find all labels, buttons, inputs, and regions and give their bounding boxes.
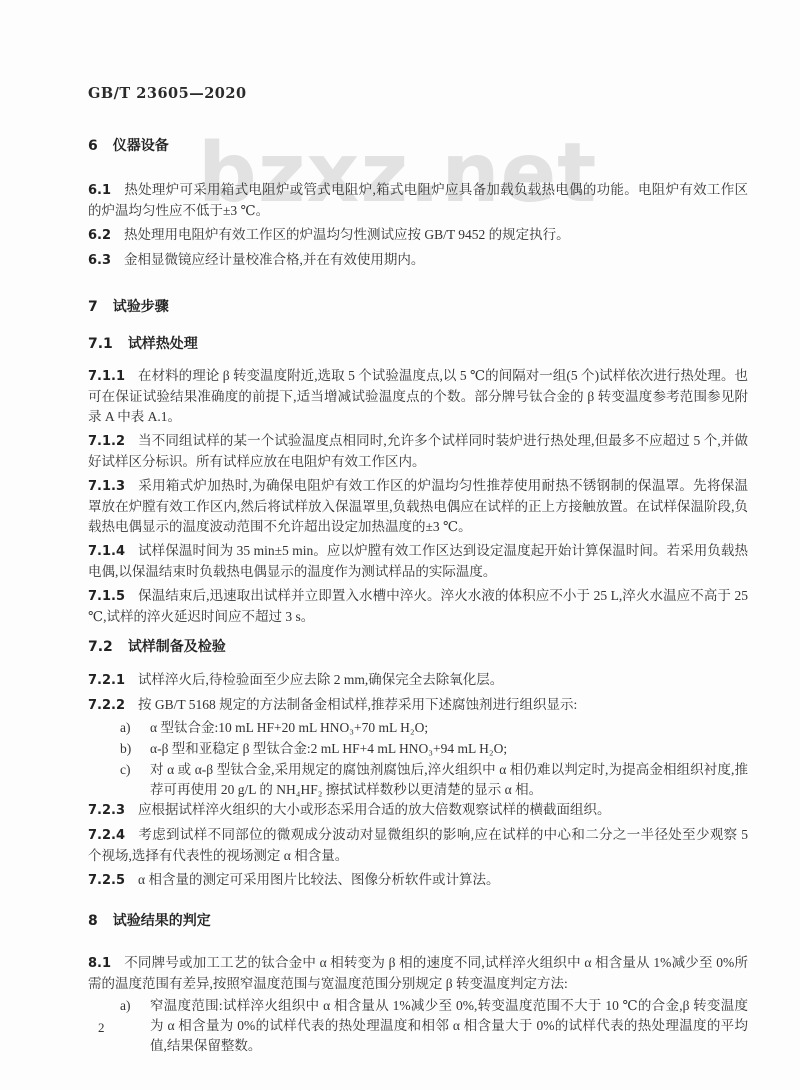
clause-number: 7.1.3 (88, 479, 125, 494)
clause-text: 当不同组试样的某一个试验温度点相同时,允许多个试样同时装炉进行热处理,但最多不应… (88, 433, 748, 469)
standard-number: GB/T 23605—2020 (88, 84, 748, 104)
list-label: b) (120, 739, 150, 759)
section-7-2-title: 试样制备及检验 (128, 639, 226, 655)
clause-text: α 相含量的测定可采用图片比较法、图像分析软件或计算法。 (138, 872, 499, 887)
clause-number: 7.2.3 (88, 803, 125, 818)
document-page: bzxz.net GB/T 23605—2020 6仪器设备 6.1热处理炉可采… (0, 0, 800, 1090)
clause-7-1-2: 7.1.2当不同组试样的某一个试验温度点相同时,允许多个试样同时装炉进行热处理,… (88, 431, 748, 472)
section-6-heading: 6仪器设备 (88, 136, 748, 156)
section-7-title: 试验步骤 (113, 299, 169, 315)
clause-6-3: 6.3金相显微镜应经计量校准合格,并在有效使用期内。 (88, 250, 748, 271)
list-text: 窄温度范围:试样淬火组织中 α 相含量从 1%减少至 0%,转变温度范围不大于 … (150, 996, 748, 1056)
clause-number: 7.1.2 (88, 434, 125, 449)
clause-text: 应根据试样淬火组织的大小或形态采用合适的放大倍数观察试样的横截面组织。 (138, 802, 611, 817)
section-7-heading: 7试验步骤 (88, 297, 748, 317)
section-6-number: 6 (88, 138, 98, 154)
clause-7-2-5: 7.2.5α 相含量的测定可采用图片比较法、图像分析软件或计算法。 (88, 870, 748, 891)
section-7-2-number: 7.2 (88, 639, 113, 655)
page-content: GB/T 23605—2020 6仪器设备 6.1热处理炉可采用箱式电阻炉或管式… (0, 0, 800, 1056)
clause-7-1-1: 7.1.1在材料的理论 β 转变温度附近,选取 5 个试验温度点,以 5 ℃的间… (88, 366, 748, 427)
clause-7-1-4: 7.1.4试样保温时间为 35 min±5 min。应以炉膛有效工作区达到设定温… (88, 541, 748, 582)
etchant-list: a)α 型钛合金:10 mL HF+20 mL HNO₃+70 mL H₂O; … (88, 718, 748, 800)
clause-text: 热处理炉可采用箱式电阻炉或管式电阻炉,箱式电阻炉应具备加载负载热电偶的功能。电阻… (88, 182, 748, 218)
list-label: c) (120, 760, 150, 800)
list-item-a: a)α 型钛合金:10 mL HF+20 mL HNO₃+70 mL H₂O; (88, 718, 748, 738)
clause-number: 7.2.2 (88, 698, 125, 713)
clause-number: 6.3 (88, 253, 111, 268)
clause-text: 采用箱式炉加热时,为确保电阻炉有效工作区的炉温均匀性推荐使用耐热不锈钢制的保温罩… (88, 478, 748, 534)
clause-7-1-3: 7.1.3采用箱式炉加热时,为确保电阻炉有效工作区的炉温均匀性推荐使用耐热不锈钢… (88, 476, 748, 537)
clause-number: 7.1.1 (88, 369, 125, 384)
clause-text: 在材料的理论 β 转变温度附近,选取 5 个试验温度点,以 5 ℃的间隔对一组(… (88, 368, 748, 424)
judgement-list: a)窄温度范围:试样淬火组织中 α 相含量从 1%减少至 0%,转变温度范围不大… (88, 996, 748, 1056)
clause-number: 7.2.4 (88, 828, 125, 843)
clause-number: 8.1 (88, 956, 111, 971)
clause-8-1: 8.1不同牌号或加工工艺的钛合金中 α 相转变为 β 相的速度不同,试样淬火组织… (88, 953, 748, 994)
list-label: a) (120, 996, 150, 1056)
clause-number: 7.2.1 (88, 673, 125, 688)
list-text: 对 α 或 α-β 型钛合金,采用规定的腐蚀剂腐蚀后,淬火组织中 α 相仍难以判… (150, 760, 748, 800)
section-7-1-title: 试样热处理 (128, 336, 198, 352)
clause-7-2-3: 7.2.3应根据试样淬火组织的大小或形态采用合适的放大倍数观察试样的横截面组织。 (88, 800, 748, 821)
clause-7-2-2: 7.2.2按 GB/T 5168 规定的方法制备金相试样,推荐采用下述腐蚀剂进行… (88, 695, 748, 716)
section-7-1-heading: 7.1试样热处理 (88, 334, 748, 354)
clause-text: 考虑到试样不同部位的微观成分波动对显微组织的影响,应在试样的中心和二分之一半径处… (88, 827, 748, 863)
section-8-title: 试验结果的判定 (113, 913, 211, 929)
section-7-1-number: 7.1 (88, 336, 113, 352)
list-text: α-β 型和亚稳定 β 型钛合金:2 mL HF+4 mL HNO₃+94 mL… (150, 739, 748, 759)
clause-text: 不同牌号或加工工艺的钛合金中 α 相转变为 β 相的速度不同,试样淬火组织中 α… (88, 955, 748, 991)
clause-text: 按 GB/T 5168 规定的方法制备金相试样,推荐采用下述腐蚀剂进行组织显示: (138, 697, 577, 712)
list-text: α 型钛合金:10 mL HF+20 mL HNO₃+70 mL H₂O; (150, 718, 748, 738)
clause-7-1-5: 7.1.5保温结束后,迅速取出试样并立即置入水槽中淬火。淬火水液的体积应不小于 … (88, 586, 748, 627)
section-7-2-heading: 7.2试样制备及检验 (88, 637, 748, 657)
clause-number: 6.2 (88, 228, 111, 243)
clause-number: 6.1 (88, 183, 111, 198)
section-7-number: 7 (88, 299, 98, 315)
section-8-number: 8 (88, 913, 98, 929)
clause-6-2: 6.2热处理用电阻炉有效工作区的炉温均匀性测试应按 GB/T 9452 的规定执… (88, 225, 748, 246)
clause-number: 7.1.5 (88, 589, 125, 604)
list-item-a: a)窄温度范围:试样淬火组织中 α 相含量从 1%减少至 0%,转变温度范围不大… (88, 996, 748, 1056)
clause-text: 热处理用电阻炉有效工作区的炉温均匀性测试应按 GB/T 9452 的规定执行。 (124, 227, 570, 242)
clause-text: 试样淬火后,待检验面至少应去除 2 mm,确保完全去除氧化层。 (138, 672, 503, 687)
clause-7-2-1: 7.2.1试样淬火后,待检验面至少应去除 2 mm,确保完全去除氧化层。 (88, 670, 748, 691)
list-label: a) (120, 718, 150, 738)
section-6-title: 仪器设备 (113, 138, 169, 154)
clause-7-2-4: 7.2.4考虑到试样不同部位的微观成分波动对显微组织的影响,应在试样的中心和二分… (88, 825, 748, 866)
section-8-heading: 8试验结果的判定 (88, 911, 748, 931)
clause-text: 试样保温时间为 35 min±5 min。应以炉膛有效工作区达到设定温度起开始计… (88, 543, 748, 579)
clause-text: 金相显微镜应经计量校准合格,并在有效使用期内。 (124, 252, 424, 267)
list-item-b: b)α-β 型和亚稳定 β 型钛合金:2 mL HF+4 mL HNO₃+94 … (88, 739, 748, 759)
clause-number: 7.2.5 (88, 873, 125, 888)
clause-number: 7.1.4 (88, 544, 125, 559)
list-item-c: c)对 α 或 α-β 型钛合金,采用规定的腐蚀剂腐蚀后,淬火组织中 α 相仍难… (88, 760, 748, 800)
clause-6-1: 6.1热处理炉可采用箱式电阻炉或管式电阻炉,箱式电阻炉应具备加载负载热电偶的功能… (88, 180, 748, 221)
clause-text: 保温结束后,迅速取出试样并立即置入水槽中淬火。淬火水液的体积应不小于 25 L,… (88, 588, 748, 624)
